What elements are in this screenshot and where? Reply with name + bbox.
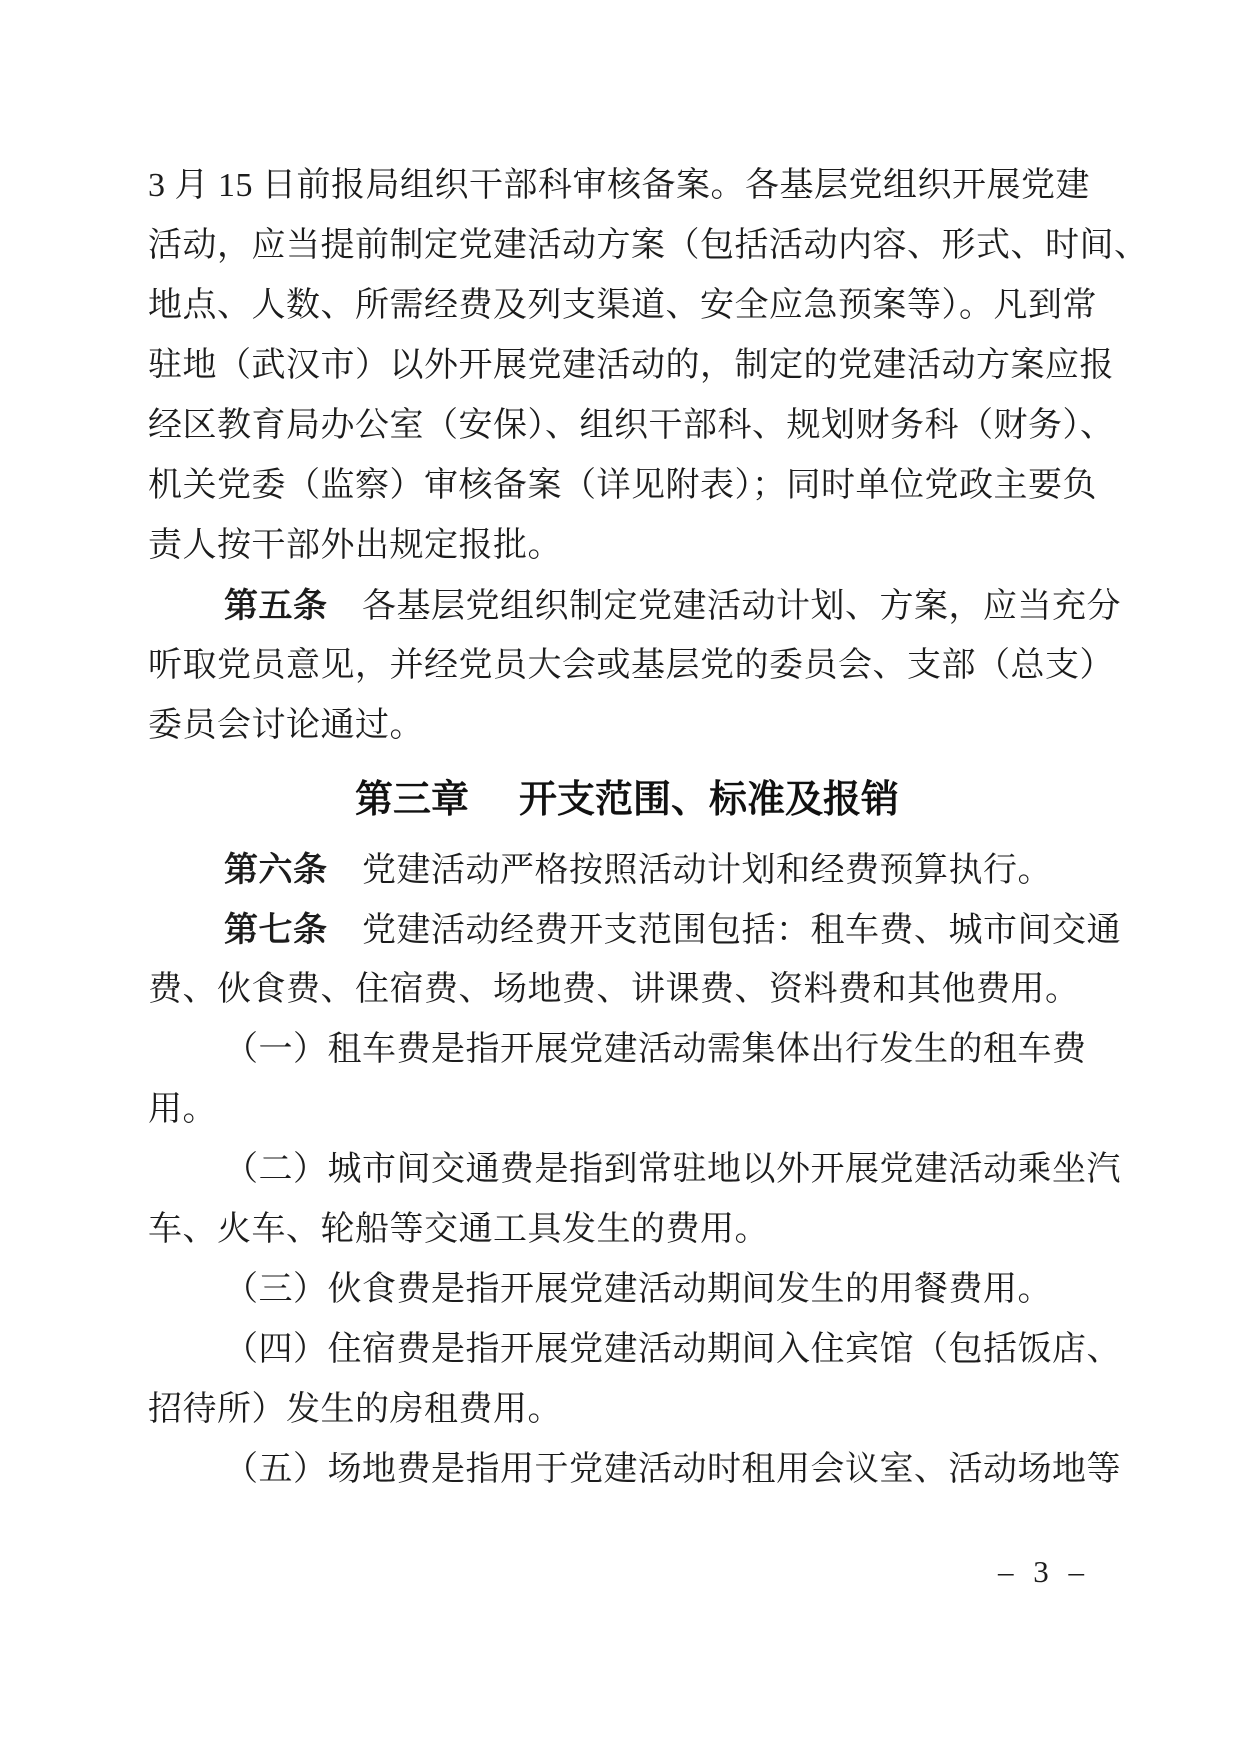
article-label: 第六条 (224, 851, 328, 889)
chapter-number: 第三章 (355, 779, 469, 821)
doc-line: 委员会讨论通过。 (148, 696, 1106, 756)
doc-line-text: 党建活动经费开支范围包括：租车费、城市间交通 (328, 912, 1122, 949)
doc-line: 驻地（武汉市）以外开展党建活动的，制定的党建活动方案应报 (148, 336, 1106, 396)
document-page: 3 月 15 日前报局组织干部科审核备案。各基层党组织开展党建 活动，应当提前制… (0, 0, 1240, 1753)
article-label: 第五条 (224, 587, 328, 625)
doc-line: 活动，应当提前制定党建活动方案（包括活动内容、形式、时间、 (148, 216, 1106, 276)
doc-line-item-4: （四）住宿费是指开展党建活动期间入住宾馆（包括饭店、 (148, 1320, 1106, 1380)
doc-line: 用。 (148, 1080, 1106, 1140)
doc-line-item-5: （五）场地费是指用于党建活动时租用会议室、活动场地等 (148, 1440, 1106, 1500)
doc-line-article-6: 第六条 党建活动严格按照活动计划和经费预算执行。 (148, 840, 1106, 900)
doc-line-text: 党建活动严格按照活动计划和经费预算执行。 (328, 852, 1053, 889)
doc-line: 招待所）发生的房租费用。 (148, 1380, 1106, 1440)
doc-line: 责人按干部外出规定报批。 (148, 516, 1106, 576)
doc-line-item-2: （二）城市间交通费是指到常驻地以外开展党建活动乘坐汽 (148, 1140, 1106, 1200)
document-content: 3 月 15 日前报局组织干部科审核备案。各基层党组织开展党建 活动，应当提前制… (148, 156, 1106, 1500)
doc-line-article-5: 第五条 各基层党组织制定党建活动计划、方案，应当充分 (148, 576, 1106, 636)
doc-line-item-3: （三）伙食费是指开展党建活动期间发生的用餐费用。 (148, 1260, 1106, 1320)
doc-line: 车、火车、轮船等交通工具发生的费用。 (148, 1200, 1106, 1260)
doc-line-text: 各基层党组织制定党建活动计划、方案，应当充分 (328, 588, 1122, 625)
doc-line: 经区教育局办公室（安保）、组织干部科、规划财务科（财务）、 (148, 396, 1106, 456)
chapter-title: 开支范围、标准及报销 (519, 779, 899, 821)
article-label: 第七条 (224, 911, 328, 949)
doc-line: 地点、人数、所需经费及列支渠道、安全应急预案等）。凡到常 (148, 276, 1106, 336)
doc-line: 费、伙食费、住宿费、场地费、讲课费、资料费和其他费用。 (148, 960, 1106, 1020)
chapter-heading: 第三章开支范围、标准及报销 (148, 770, 1106, 830)
page-number: – 3 – (998, 1552, 1090, 1592)
doc-line: 3 月 15 日前报局组织干部科审核备案。各基层党组织开展党建 (148, 156, 1106, 216)
doc-line: 听取党员意见，并经党员大会或基层党的委员会、支部（总支） (148, 636, 1106, 696)
doc-line: 机关党委（监察）审核备案（详见附表）；同时单位党政主要负 (148, 456, 1106, 516)
doc-line-article-7: 第七条 党建活动经费开支范围包括：租车费、城市间交通 (148, 900, 1106, 960)
doc-line-item-1: （一）租车费是指开展党建活动需集体出行发生的租车费 (148, 1020, 1106, 1080)
